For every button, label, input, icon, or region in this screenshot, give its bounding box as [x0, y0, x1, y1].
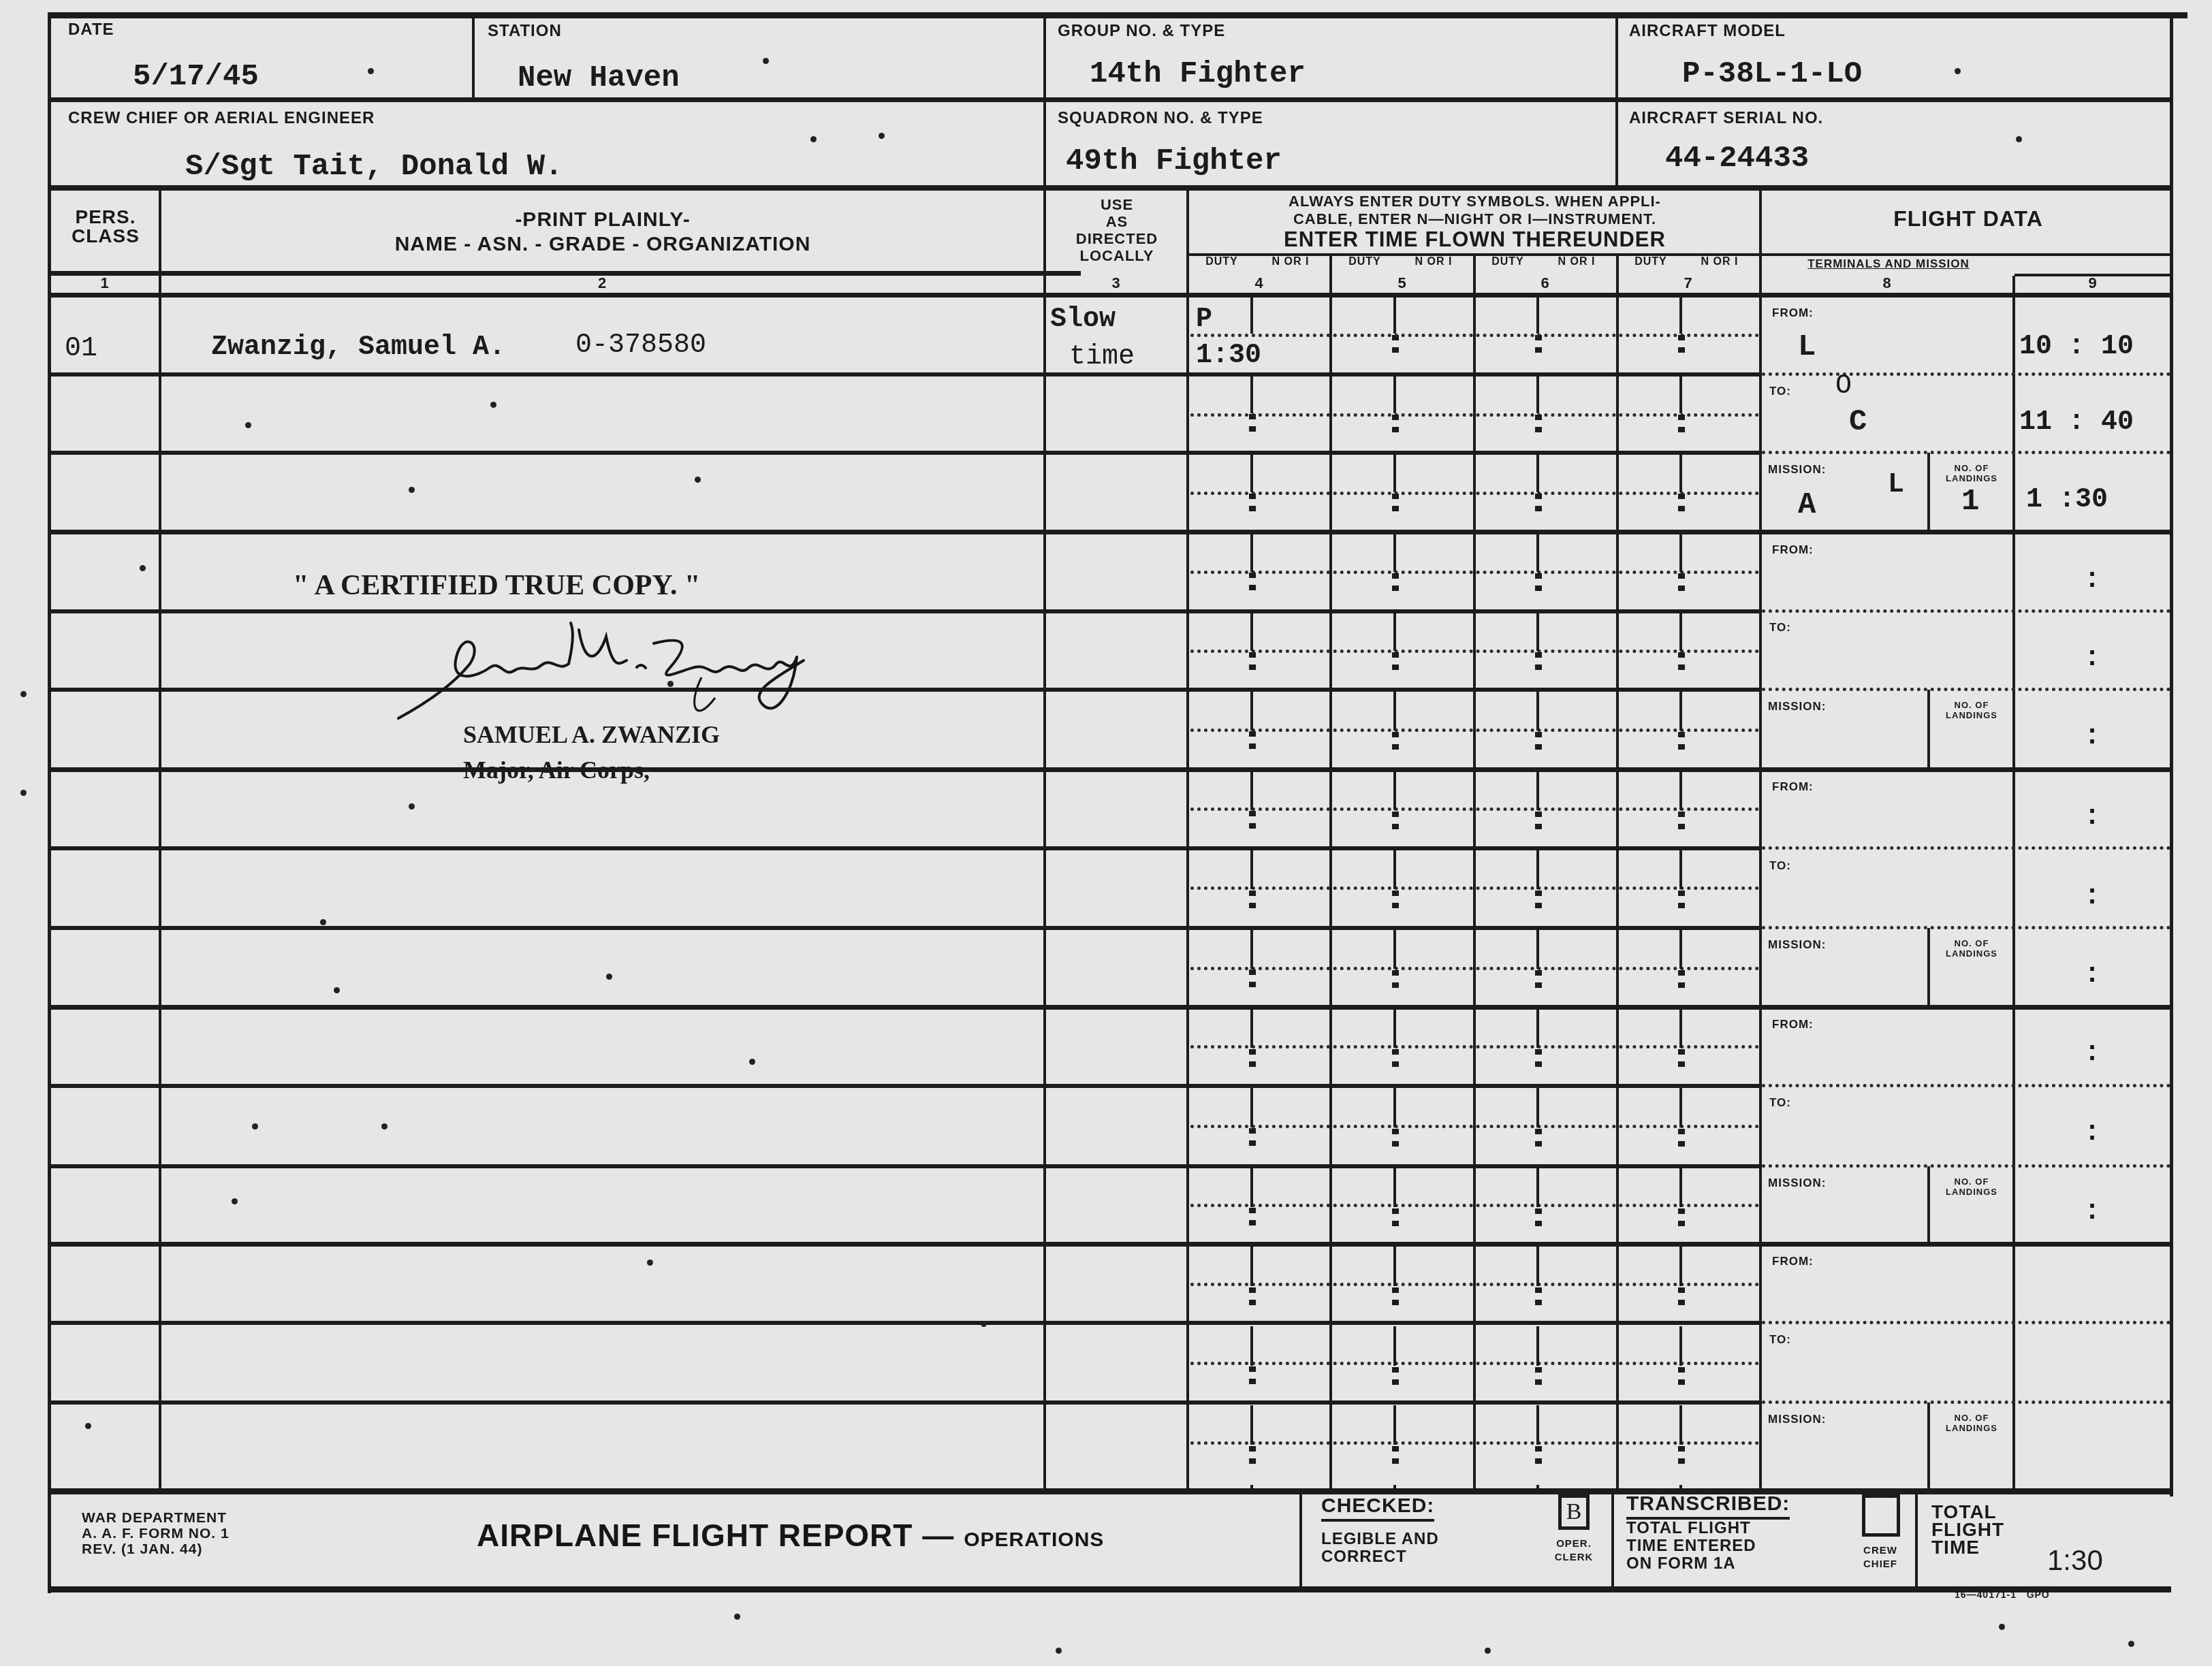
dotted-divider — [1190, 413, 1759, 417]
print-code: 16—40171-1 GPO — [1955, 1589, 2050, 1600]
to-time-field[interactable]: 11 : 40 — [2019, 407, 2134, 438]
scan-speck — [1056, 1648, 1062, 1654]
mission-label: Mission: — [1768, 463, 1826, 477]
duty-time-colons — [1392, 294, 1399, 1490]
mission-field[interactable]: A — [1798, 488, 1816, 522]
station-label: Station — [488, 22, 562, 41]
dotted-divider — [1762, 926, 2170, 929]
col-divider — [2012, 276, 2015, 1491]
scan-speck — [334, 987, 340, 993]
name-header: -Print Plainly- Name - ASN. - Grade - Or… — [163, 208, 1042, 257]
scan-speck — [20, 691, 27, 697]
to-time-field[interactable]: : — [2084, 882, 2100, 912]
dotted-divider — [1190, 492, 1759, 495]
from-label: From: — [1772, 780, 1814, 794]
dotted-divider — [1190, 1362, 1759, 1365]
frame-right — [2170, 12, 2173, 1496]
crew-name-cell[interactable]: Zwanzig, Samuel A. — [211, 332, 505, 363]
col-divider — [159, 187, 161, 1491]
col-number: 8 — [1762, 274, 2012, 292]
divider — [49, 1488, 2171, 1494]
row-divider — [49, 1400, 1193, 1405]
mission-label: Mission: — [1768, 938, 1826, 952]
scan-speck — [245, 422, 251, 428]
row-divider — [49, 846, 1193, 850]
aircraft-model-field[interactable]: P-38L-1-LO — [1682, 57, 1862, 91]
use-as-directed-cell-line2[interactable]: time — [1069, 342, 1135, 372]
duty-time-colons — [1535, 294, 1542, 1490]
dotted-divider — [1762, 1400, 2170, 1404]
flight-report-form: Date 5/17/45 Station New Haven Group No.… — [0, 0, 2212, 1666]
col-number: 5 — [1332, 274, 1472, 292]
landings-divider — [1927, 453, 1930, 531]
duty-subheader: Duty — [1333, 256, 1396, 268]
row-divider — [49, 1005, 2171, 1010]
dotted-divider — [1762, 846, 2170, 850]
to-field[interactable]: C — [1849, 405, 1867, 439]
row-divider — [49, 372, 1193, 377]
scan-speck — [749, 1059, 755, 1065]
frame-top — [49, 12, 2187, 18]
dotted-divider — [1762, 609, 2170, 613]
total-flight-time-value[interactable]: 1:30 — [2047, 1544, 2103, 1577]
row-divider — [1189, 609, 1761, 613]
dotted-divider — [1190, 571, 1759, 574]
landings-divider — [1927, 928, 1930, 1006]
scan-speck — [409, 487, 415, 493]
row-divider — [1189, 1164, 1761, 1168]
transcribed-description: Total Flight Time Entered On Form 1A — [1626, 1520, 1756, 1573]
divider — [1915, 1491, 1918, 1590]
dotted-divider — [1762, 451, 2170, 454]
aircraft-serial-label: Aircraft Serial No. — [1629, 109, 1823, 128]
col-divider — [1759, 187, 1762, 1491]
dotted-divider — [1762, 1321, 2170, 1324]
scan-speck — [368, 68, 374, 74]
frame-left — [48, 12, 51, 1593]
scan-speck — [2016, 136, 2022, 142]
flight-data-header: Flight Data — [1764, 206, 2172, 231]
duration-field[interactable]: 1 :30 — [2026, 485, 2108, 515]
dotted-divider — [1190, 967, 1759, 970]
row-divider — [1189, 926, 1761, 930]
dotted-divider — [1762, 1164, 2170, 1168]
scan-speck — [2128, 1641, 2134, 1647]
divider — [49, 293, 2171, 298]
dotted-divider — [1190, 334, 1759, 337]
transcribed-label: Transcribed: — [1626, 1492, 1790, 1520]
signer-rank: Major, Air Corps, — [463, 756, 650, 784]
scan-speck — [320, 919, 326, 925]
col-divider — [1329, 255, 1332, 1491]
row-divider — [1189, 1084, 1761, 1088]
landings-label: No. of Landings — [1931, 1413, 2012, 1433]
landings-label: No. of Landings — [1931, 463, 2012, 483]
duration-field[interactable]: : — [2084, 1197, 2100, 1228]
pers-class-header: Pers. Class — [54, 208, 157, 246]
group-field[interactable]: 14th Fighter — [1090, 57, 1306, 91]
from-time-field[interactable]: : — [2084, 802, 2100, 833]
scan-speck — [381, 1123, 388, 1130]
signature-icon — [395, 616, 831, 732]
divider — [49, 1586, 2171, 1592]
dotted-divider — [1190, 1125, 1759, 1128]
scan-speck — [140, 565, 146, 571]
from-label: From: — [1772, 1018, 1814, 1031]
duty-instructions-header: Always enter duty symbols. When appli- c… — [1190, 193, 1759, 251]
row-divider — [1189, 846, 1761, 850]
scan-speck — [252, 1123, 258, 1130]
scan-speck — [981, 1321, 987, 1327]
col-number: 9 — [2015, 274, 2170, 292]
row-divider — [49, 926, 1193, 930]
crew-chief-caption: Crew Chief — [1858, 1544, 1903, 1571]
row-divider — [49, 530, 2171, 534]
duty-time-cell[interactable]: 1:30 — [1196, 340, 1261, 371]
col-number: 3 — [1046, 274, 1186, 292]
landings-divider — [1927, 690, 1930, 768]
scan-speck — [232, 1198, 238, 1204]
col-number: 4 — [1189, 274, 1329, 292]
scan-speck — [409, 803, 415, 810]
scan-speck — [647, 1260, 653, 1266]
to-label: To: — [1769, 859, 1791, 873]
landings-label: No. of Landings — [1931, 700, 2012, 720]
use-as-directed-cell-line1[interactable]: Slow — [1050, 304, 1116, 335]
scan-speck — [606, 974, 612, 980]
mission-label: Mission: — [1768, 1413, 1826, 1426]
to-label: To: — [1769, 1096, 1791, 1110]
scan-speck — [490, 402, 496, 408]
dotted-divider — [1190, 650, 1759, 653]
divider — [1761, 253, 2171, 256]
row-divider — [1189, 1400, 1761, 1405]
scan-speck — [810, 136, 817, 142]
certified-copy-stamp: " A CERTIFIED TRUE COPY. " — [293, 569, 700, 602]
landings-label: No. of Landings — [1931, 938, 2012, 959]
duty-symbol-cell[interactable]: P — [1196, 304, 1212, 335]
row-divider — [1189, 451, 1761, 455]
col-number: 7 — [1618, 274, 1758, 292]
scan-speck — [1999, 1624, 2005, 1630]
divider — [49, 185, 2171, 191]
from-label: From: — [1772, 306, 1814, 320]
row-divider — [49, 1084, 1193, 1088]
group-label: Group No. & Type — [1058, 22, 1225, 41]
total-flight-time-label: Total Flight Time — [1931, 1503, 2004, 1556]
from-time-field[interactable]: : — [2084, 1038, 2100, 1069]
row-divider — [49, 1164, 1193, 1168]
n-or-i-subheader: N or I — [1682, 256, 1757, 268]
checked-description: Legible and Correct — [1321, 1531, 1439, 1566]
duration-field[interactable]: : — [2084, 722, 2100, 752]
pers-class-cell[interactable]: 01 — [65, 334, 97, 364]
oper-clerk-caption: Oper. Clerk — [1553, 1537, 1595, 1565]
scan-speck — [763, 58, 769, 64]
landings-label: No. of Landings — [1931, 1176, 2012, 1197]
scan-speck — [1955, 68, 1961, 74]
duty-subheader: Duty — [1476, 256, 1539, 268]
landings-divider — [1927, 1403, 1930, 1491]
form-title: AIRPLANE FLIGHT REPORT —OPERATIONS — [477, 1517, 1104, 1554]
divider — [472, 12, 475, 99]
mission-extra-mark: L — [1888, 470, 1904, 500]
row-divider — [1189, 372, 1761, 377]
scan-speck — [879, 133, 885, 139]
scan-speck — [85, 1423, 91, 1429]
col-number: 6 — [1475, 274, 1615, 292]
col-divider — [1473, 255, 1476, 1491]
crew-asn-cell[interactable]: 0-378580 — [575, 330, 706, 361]
date-label: Date — [68, 20, 114, 39]
duty-subheader: Duty — [1190, 256, 1253, 268]
dotted-divider — [1762, 372, 2170, 376]
form-identifier: War Department A. A. F. Form No. 1 Rev. … — [82, 1510, 230, 1557]
n-or-i-subheader: N or I — [1396, 256, 1471, 268]
n-or-i-subheader: N or I — [1539, 256, 1614, 268]
n-or-i-subheader: N or I — [1253, 256, 1328, 268]
to-time-field[interactable]: : — [2084, 1118, 2100, 1149]
dotted-divider — [1190, 1204, 1759, 1207]
dotted-divider — [1762, 1084, 2170, 1087]
terminals-and-mission-header: Terminals and Mission — [1765, 257, 2012, 271]
date-field[interactable]: 5/17/45 — [133, 60, 259, 94]
col-divider — [1043, 187, 1046, 1491]
dotted-divider — [1190, 1045, 1759, 1048]
squadron-label: Squadron No. & Type — [1058, 109, 1263, 128]
aircraft-model-label: Aircraft Model — [1629, 22, 1786, 41]
signer-typed-name: SAMUEL A. ZWANZIG — [463, 720, 720, 749]
dotted-divider — [1190, 807, 1759, 811]
oper-clerk-checkbox[interactable]: B — [1558, 1494, 1590, 1530]
crew-chief-checkbox[interactable] — [1862, 1494, 1900, 1537]
landings-divider — [1927, 1166, 1930, 1243]
dotted-divider — [1190, 728, 1759, 732]
to-time-field[interactable]: : — [2084, 643, 2100, 674]
mission-label: Mission: — [1768, 1176, 1826, 1190]
divider — [1611, 1491, 1614, 1590]
to-label: To: — [1769, 621, 1791, 635]
mission-label: Mission: — [1768, 700, 1826, 714]
from-label: From: — [1772, 543, 1814, 557]
col-divider — [1616, 255, 1619, 1491]
station-field[interactable]: New Haven — [518, 61, 680, 95]
scan-speck — [20, 790, 27, 796]
dotted-divider — [1190, 1441, 1759, 1445]
from-time-field[interactable]: : — [2084, 565, 2100, 596]
scan-speck — [695, 477, 701, 483]
from-field[interactable]: L — [1798, 330, 1816, 364]
landings-field[interactable]: 1 — [1961, 485, 1979, 519]
crew-chief-field[interactable]: S/Sgt Tait, Donald W. — [185, 150, 563, 184]
dotted-divider — [1762, 688, 2170, 691]
col-divider — [1186, 187, 1189, 1491]
dotted-divider — [1190, 886, 1759, 890]
row-divider — [1189, 1321, 1761, 1325]
aircraft-serial-field[interactable]: 44-24433 — [1665, 142, 1809, 176]
to-label: To: — [1769, 385, 1791, 398]
from-time-field[interactable]: 10 : 10 — [2019, 332, 2134, 362]
row-divider — [1189, 688, 1761, 692]
duty-time-colons — [1678, 294, 1685, 1490]
col-number: 2 — [161, 274, 1043, 292]
row-divider — [49, 1321, 1193, 1325]
crew-chief-label: Crew Chief or Aerial Engineer — [68, 109, 375, 128]
from-label: From: — [1772, 1255, 1814, 1268]
duty-subheader: Duty — [1619, 256, 1682, 268]
divider — [49, 97, 2171, 102]
row-divider — [49, 1242, 2171, 1247]
col-number: 1 — [51, 274, 159, 292]
to-prefix-mark: O — [1835, 371, 1852, 402]
scan-speck — [667, 681, 674, 687]
duration-field[interactable]: : — [2084, 960, 2100, 991]
duty-time-colons — [1249, 373, 1256, 1490]
divider — [1299, 1491, 1302, 1590]
row-divider — [49, 767, 2171, 772]
to-label: To: — [1769, 1333, 1791, 1347]
scan-speck — [734, 1614, 740, 1620]
squadron-field[interactable]: 49th Fighter — [1066, 144, 1282, 178]
row-divider — [49, 451, 1193, 455]
checked-label: Checked: — [1321, 1494, 1434, 1522]
scan-speck — [1485, 1648, 1491, 1654]
use-as-directed-header: Use As Directed Locally — [1049, 196, 1185, 264]
row-divider — [49, 609, 1193, 613]
dotted-divider — [1190, 1283, 1759, 1286]
